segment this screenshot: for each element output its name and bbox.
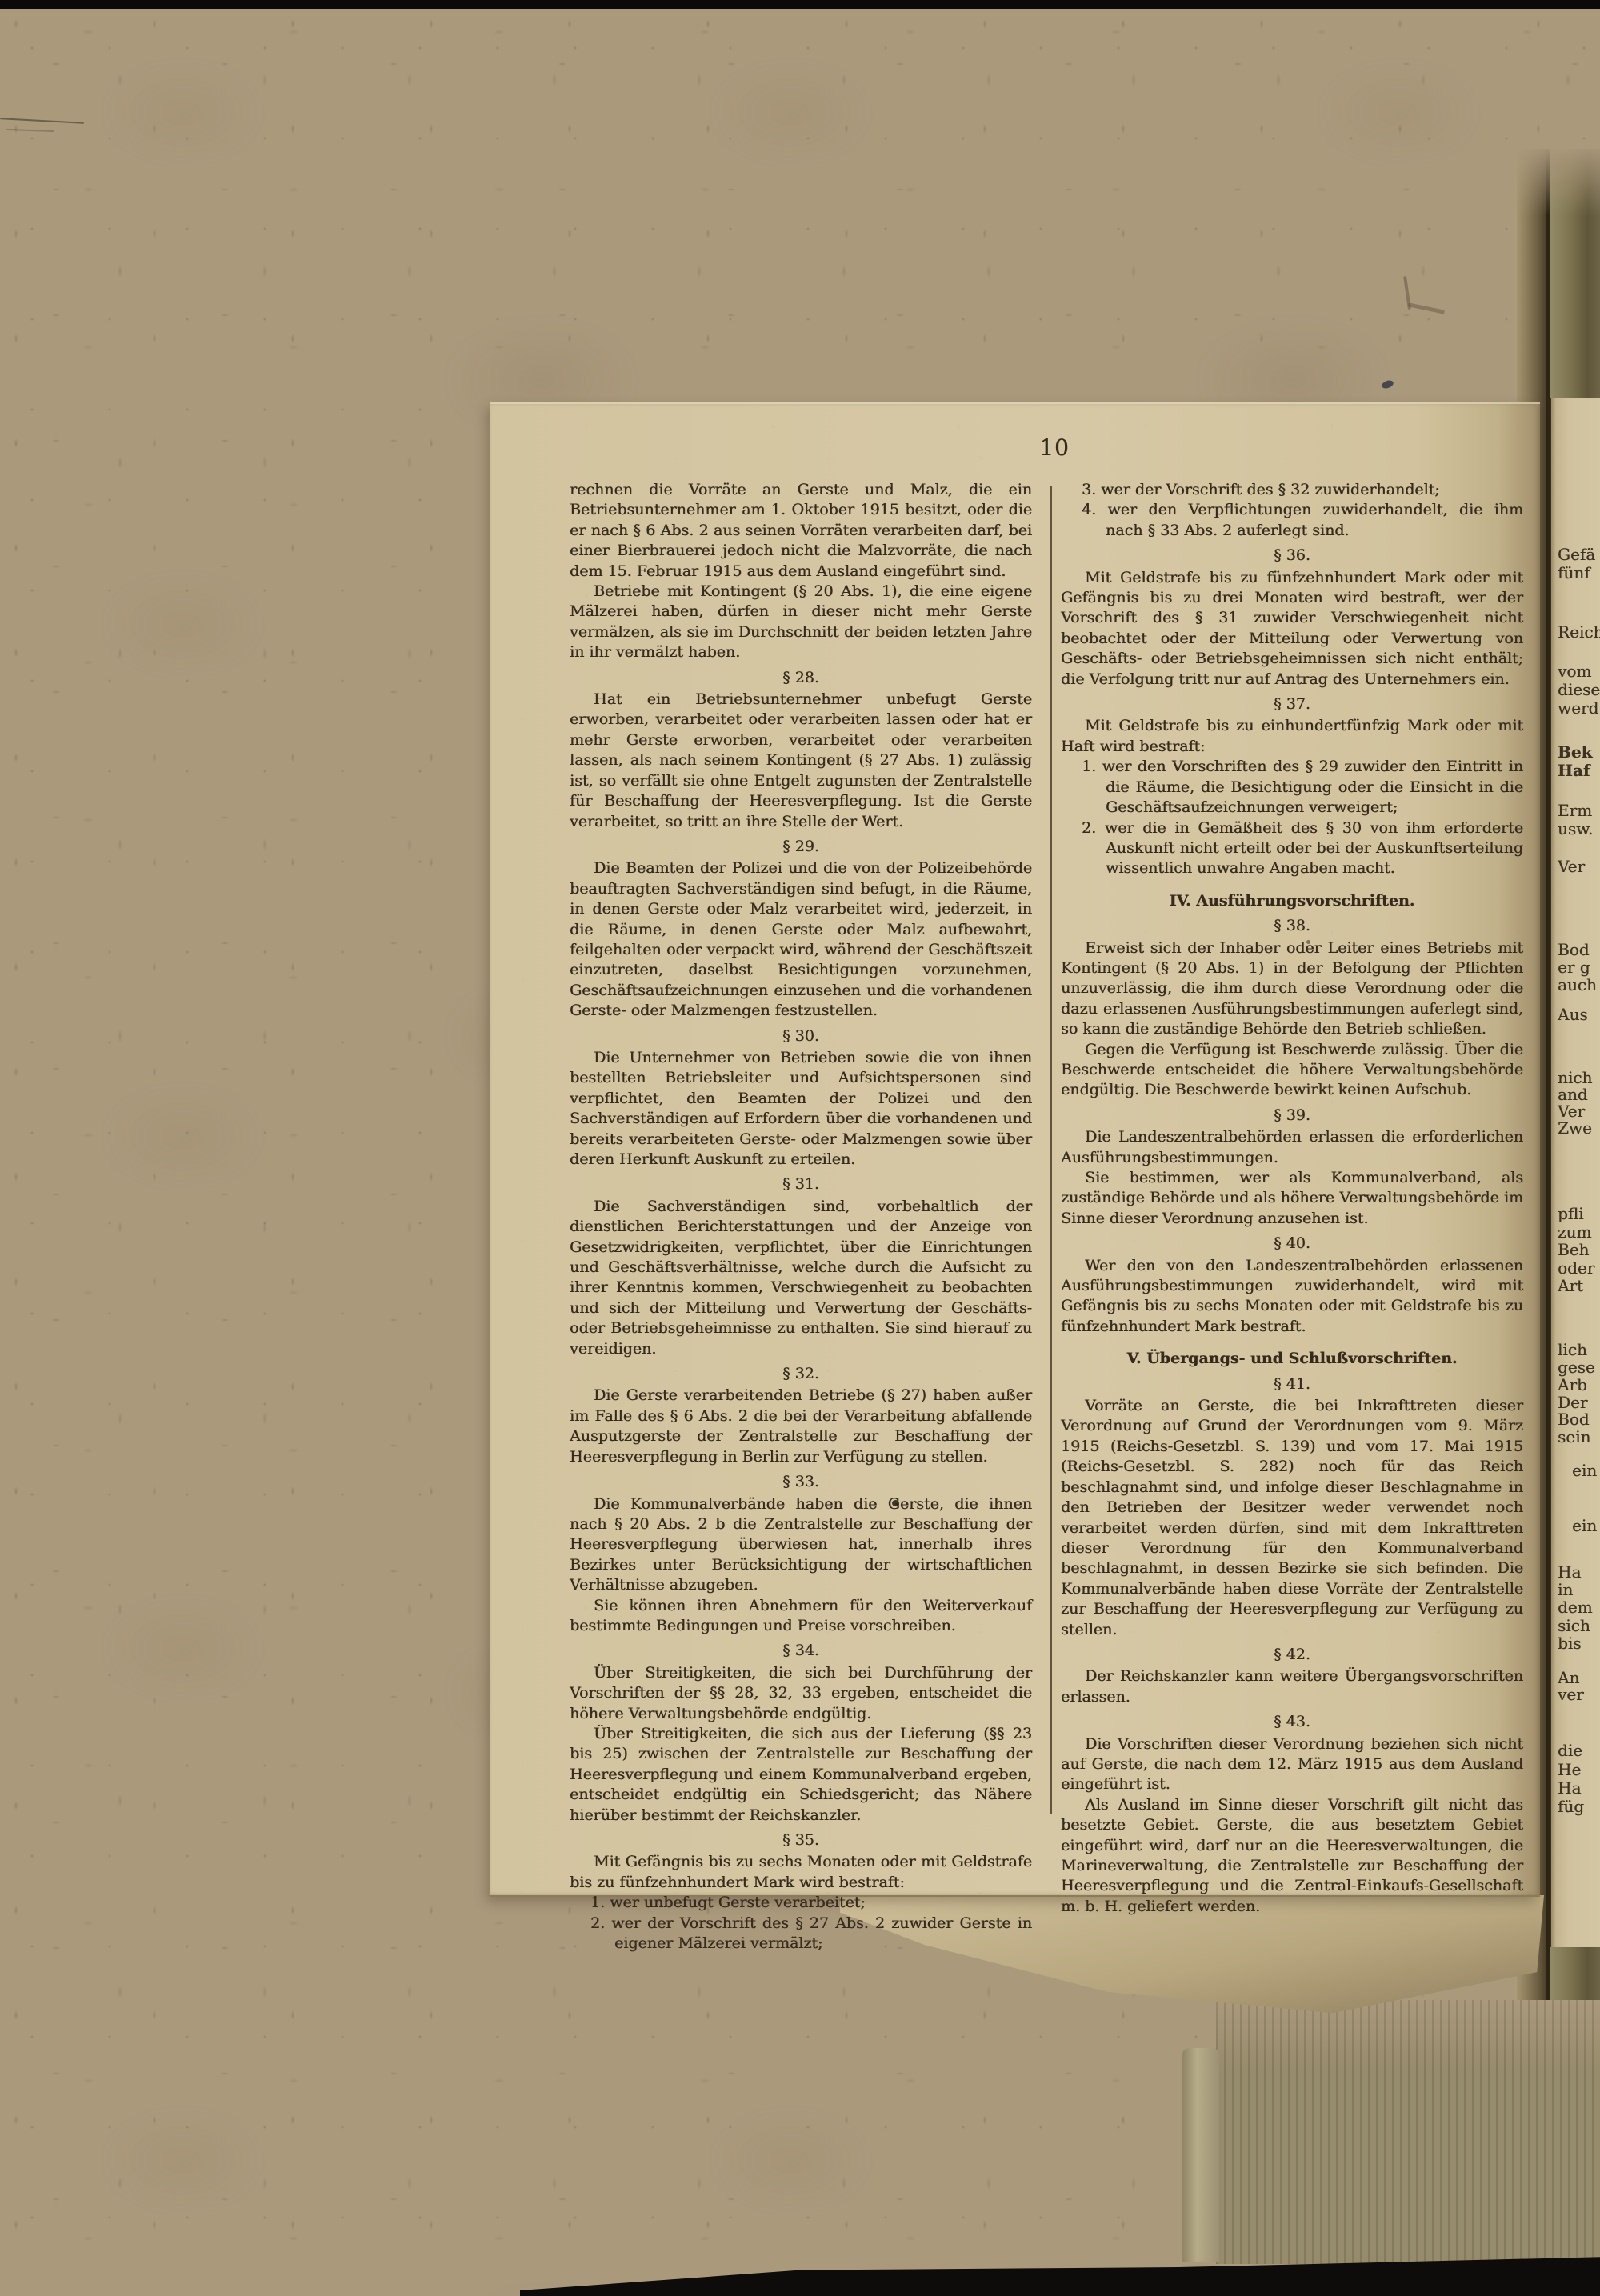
part-heading: IV. Ausführungsvorschriften. [1061, 891, 1523, 911]
next-page-fragment: füg [1558, 1797, 1584, 1816]
page-number: 10 [1002, 434, 1106, 461]
paragraph: Hat ein Betriebsunternehmer unbefugt Ger… [570, 690, 1032, 832]
page-stack-edge [1216, 2000, 1600, 2264]
paragraph: Mit Gefängnis bis zu sechs Monaten oder … [570, 1852, 1032, 1893]
section-heading: § 41. [1061, 1374, 1523, 1394]
next-page-fragment: Ha [1558, 1562, 1581, 1582]
next-page-fragment: Gefä [1558, 545, 1595, 564]
scan-page: 10 rechnen die Vorräte an Gerste und Mal… [490, 402, 1540, 1897]
paragraph: Vorräte an Gerste, die bei Inkrafttreten… [1061, 1396, 1523, 1640]
next-page-fragment: vom [1558, 662, 1591, 681]
next-page-fragment: sein [1558, 1427, 1590, 1446]
scanner-edge-top [0, 0, 1600, 9]
paragraph: Mit Geldstrafe bis zu fünfzehnhundert Ma… [1061, 568, 1523, 690]
section-heading: § 38. [1061, 916, 1523, 936]
paragraph: Die Unternehmer von Betrieben sowie die … [570, 1048, 1032, 1170]
column-divider [1050, 486, 1052, 1814]
next-page-fragment: Bek [1558, 742, 1593, 762]
section-heading: § 34. [570, 1641, 1032, 1661]
section-heading: § 39. [1061, 1106, 1523, 1126]
paragraph: Die Vorschriften dieser Verordnung bezie… [1061, 1734, 1523, 1795]
next-page-fragment: oder [1558, 1258, 1594, 1278]
next-page-fragment: bis [1558, 1634, 1581, 1653]
next-page-fragment: ein [1572, 1461, 1597, 1480]
section-heading: § 43. [1061, 1712, 1523, 1732]
next-page-fragment: die [1558, 1741, 1582, 1760]
next-page-fragment: Bod [1558, 940, 1590, 959]
section-heading: § 31. [570, 1174, 1032, 1194]
next-page-fragment: in [1558, 1580, 1573, 1599]
paragraph: Gegen die Verfügung ist Beschwerde zuläs… [1061, 1040, 1523, 1101]
next-page-fragment: dem [1558, 1598, 1593, 1617]
next-page-fragment: diese [1558, 680, 1600, 699]
part-heading: V. Übergangs- und Schlußvorschriften. [1061, 1349, 1523, 1369]
next-page-fragment: Ver [1558, 857, 1585, 876]
paragraph: Mit Geldstrafe bis zu einhundertfünfzig … [1061, 716, 1523, 757]
next-page-fragment: zum [1558, 1222, 1591, 1242]
next-page-fragment: Beh [1558, 1240, 1589, 1259]
next-page-fragment: Zwe [1558, 1118, 1592, 1138]
next-page-fragment: Aus [1558, 1005, 1588, 1024]
section-heading: § 40. [1061, 1234, 1523, 1254]
next-page-fragment: Haf [1558, 761, 1590, 780]
next-page-fragment: ein [1572, 1516, 1597, 1535]
next-page-fragment: pfli [1558, 1204, 1584, 1223]
paragraph: Die Beamten der Polizei und die von der … [570, 858, 1032, 1021]
next-page-fragment: werd [1558, 698, 1598, 718]
next-page-fragment: Erm [1558, 801, 1592, 820]
next-page-fragment: er g [1558, 958, 1590, 977]
next-page-fragment: ver [1558, 1685, 1584, 1704]
paragraph: Als Ausland im Sinne dieser Vorschrift g… [1061, 1795, 1523, 1917]
ink-speck [1306, 940, 1310, 944]
paragraph: Die Kommunalverbände haben die Gerste, d… [570, 1494, 1032, 1596]
next-page-fragment: Bod [1558, 1410, 1590, 1429]
page-stack-strip [1182, 2048, 1219, 2262]
section-heading: § 42. [1061, 1645, 1523, 1665]
next-page-fragment: auch [1558, 975, 1597, 994]
section-heading: § 30. [570, 1026, 1032, 1046]
book-edge-fade [1512, 144, 1600, 216]
paragraph: Sie können ihren Abnehmern für den Weite… [570, 1596, 1032, 1637]
list-item: 4. wer den Verpflichtungen zuwiderhandel… [1082, 500, 1523, 541]
paragraph: Die Sachverständigen sind, vorbehaltlich… [570, 1197, 1032, 1359]
text-column-right: 3. wer der Vorschrift des § 32 zuwiderha… [1061, 480, 1523, 1917]
ink-blot [892, 1500, 899, 1506]
paragraph-continuation: rechnen die Vorräte an Gerste und Malz, … [570, 480, 1032, 582]
scanned-book-photo: { "document": { "page_number": "10", "le… [0, 0, 1600, 2296]
next-page-fragment: Reich [1558, 622, 1600, 642]
next-page-fragment: Ha [1558, 1778, 1581, 1798]
section-heading: § 33. [570, 1472, 1032, 1492]
paragraph: Der Reichskanzler kann weitere Übergangs… [1061, 1666, 1523, 1707]
paragraph: Über Streitigkeiten, die sich aus der Li… [570, 1724, 1032, 1826]
paragraph: Erweist sich der Inhaber oder Leiter ein… [1061, 938, 1523, 1040]
paragraph: Sie bestimmen, wer als Kommunalverband, … [1061, 1168, 1523, 1229]
paragraph: Über Streitigkeiten, die sich bei Durchf… [570, 1663, 1032, 1724]
next-page-fragment: He [1558, 1760, 1581, 1779]
section-heading: § 28. [570, 668, 1032, 688]
next-page-fragment: Art [1558, 1276, 1583, 1295]
next-page-fragment: gese [1558, 1358, 1595, 1377]
section-heading: § 35. [570, 1830, 1032, 1850]
list-item: 1. wer den Vorschriften des § 29 zuwider… [1082, 757, 1523, 818]
next-page-fragment: sich [1558, 1616, 1590, 1635]
paragraph: Die Gerste verarbeitenden Betriebe (§ 27… [570, 1386, 1032, 1467]
next-page-fragment: lich [1558, 1340, 1587, 1359]
list-item: 2. wer der Vorschrift des § 27 Abs. 2 zu… [590, 1914, 1032, 1954]
list-item: 1. wer unbefugt Gerste verarbeitet; [590, 1893, 1032, 1913]
next-page-fragment: fünf [1558, 563, 1590, 582]
paragraph: Die Landeszentralbehörden erlassen die e… [1061, 1127, 1523, 1168]
section-heading: § 32. [570, 1364, 1032, 1384]
section-heading: § 36. [1061, 546, 1523, 566]
next-page-sliver: GefäfünfReichvomdiesewerdBekHafErmusw.Ve… [1550, 398, 1600, 1947]
paragraph: Wer den von den Landeszentralbehörden er… [1061, 1256, 1523, 1338]
next-page-fragment: Arb [1558, 1375, 1587, 1394]
section-heading: § 37. [1061, 694, 1523, 714]
text-column-left: rechnen die Vorräte an Gerste und Malz, … [570, 480, 1032, 1954]
paragraph: Betriebe mit Kontingent (§ 20 Abs. 1), d… [570, 582, 1032, 663]
next-page-fragment: usw. [1558, 819, 1593, 838]
list-item: 2. wer die in Gemäßheit des § 30 von ihm… [1082, 818, 1523, 879]
section-heading: § 29. [570, 837, 1032, 857]
list-item: 3. wer der Vorschrift des § 32 zuwiderha… [1082, 480, 1523, 500]
